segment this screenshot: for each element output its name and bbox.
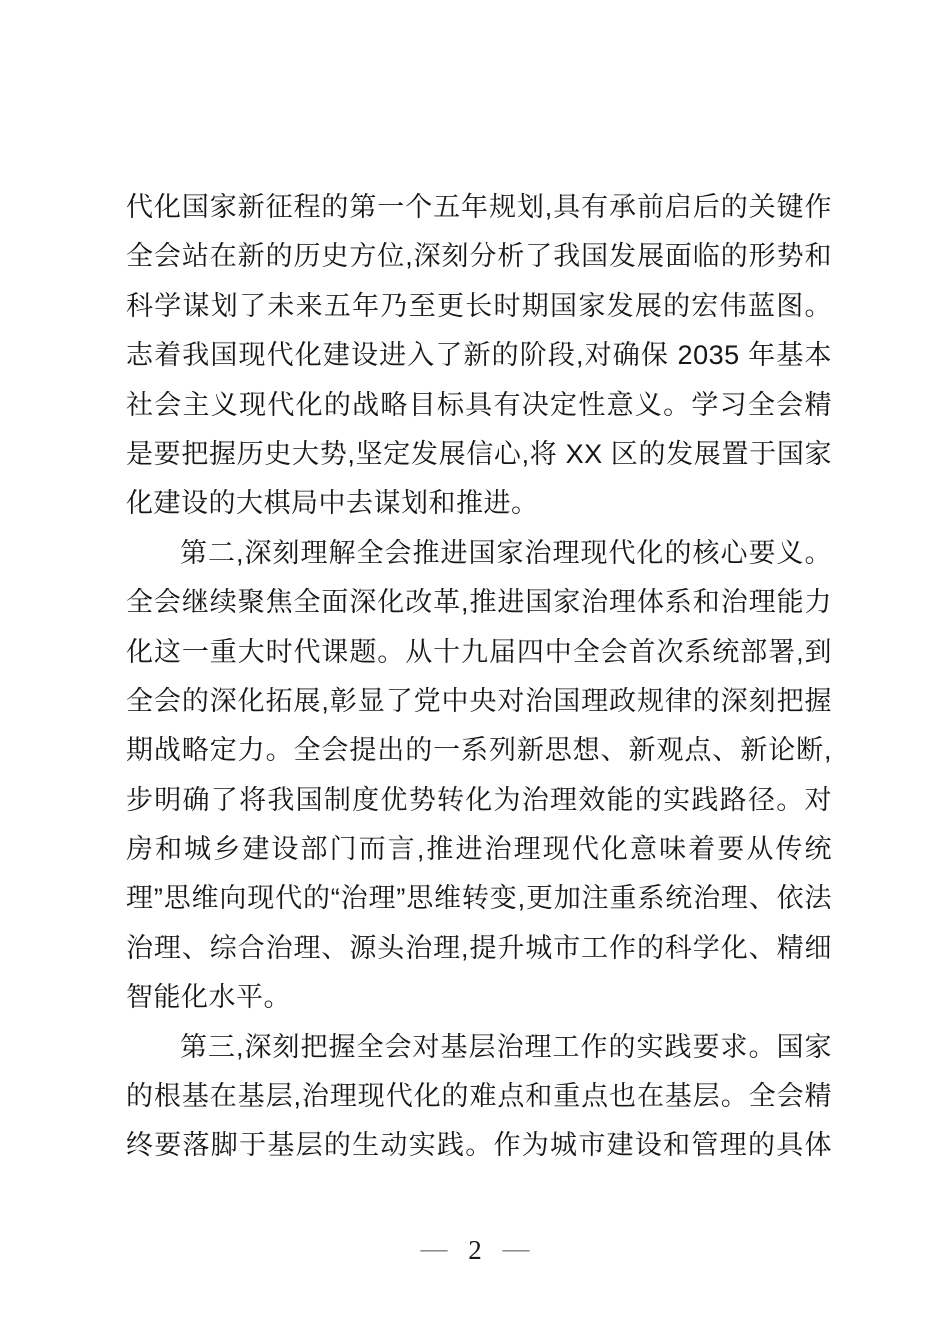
text-line: 化这一重大时代课题。从十九届四中全会首次系统部署,到本次: [126, 628, 832, 677]
text-line: 治理、综合治理、源头治理,提升城市工作的科学化、精细化、: [126, 924, 832, 973]
page-footer: — 2 —: [0, 1230, 950, 1270]
text-line: 全会的深化拓展,彰显了党中央对治国理政规律的深刻把握和长: [126, 677, 832, 726]
text-line: 科学谋划了未来五年乃至更长时期国家发展的宏伟蓝图。这标: [126, 282, 832, 331]
text-line: 步明确了将我国制度优势转化为治理效能的实践路径。对于住: [126, 776, 832, 825]
document-page: 代化国家新征程的第一个五年规划,具有承前启后的关键作用。 全会站在新的历史方位,…: [0, 0, 950, 1344]
text-line: 房和城乡建设部门而言,推进治理现代化意味着要从传统的“管: [126, 825, 832, 874]
text-line-paragraph-three-start: 第三,深刻把握全会对基层治理工作的实践要求。国家治理: [126, 1023, 832, 1072]
text-line: 理”思维向现代的“治理”思维转变,更加注重系统治理、依法: [126, 874, 832, 923]
text-line: 全会继续聚焦全面深化改革,推进国家治理体系和治理能力现代: [126, 578, 832, 627]
text-line: 志着我国现代化建设进入了新的阶段,对确保 2035 年基本实现: [126, 331, 832, 380]
text-line: 社会主义现代化的战略目标具有决定性意义。学习全会精神,就: [126, 381, 832, 430]
text-line-paragraph-two-start: 第二,深刻理解全会推进国家治理现代化的核心要义。本次: [126, 529, 832, 578]
footer-dash-right: —: [503, 1233, 530, 1263]
document-body: 代化国家新征程的第一个五年规划,具有承前启后的关键作用。 全会站在新的历史方位,…: [126, 183, 832, 1171]
text-line: 代化国家新征程的第一个五年规划,具有承前启后的关键作用。: [126, 183, 832, 232]
text-line: 是要把握历史大势,坚定发展信心,将 XX 区的发展置于国家现代: [126, 430, 832, 479]
text-line: 的根基在基层,治理现代化的难点和重点也在基层。全会精神最: [126, 1072, 832, 1121]
text-line: 全会站在新的历史方位,深刻分析了我国发展面临的形势和任务,: [126, 232, 832, 281]
footer-dash-left: —: [421, 1233, 448, 1263]
page-number: 2: [468, 1235, 482, 1265]
text-line: 化建设的大棋局中去谋划和推进。: [126, 479, 832, 528]
text-line: 智能化水平。: [126, 973, 832, 1022]
text-line: 终要落脚于基层的生动实践。作为城市建设和管理的具体执行: [126, 1121, 832, 1170]
text-line: 期战略定力。全会提出的一系列新思想、新观点、新论断,进一: [126, 726, 832, 775]
